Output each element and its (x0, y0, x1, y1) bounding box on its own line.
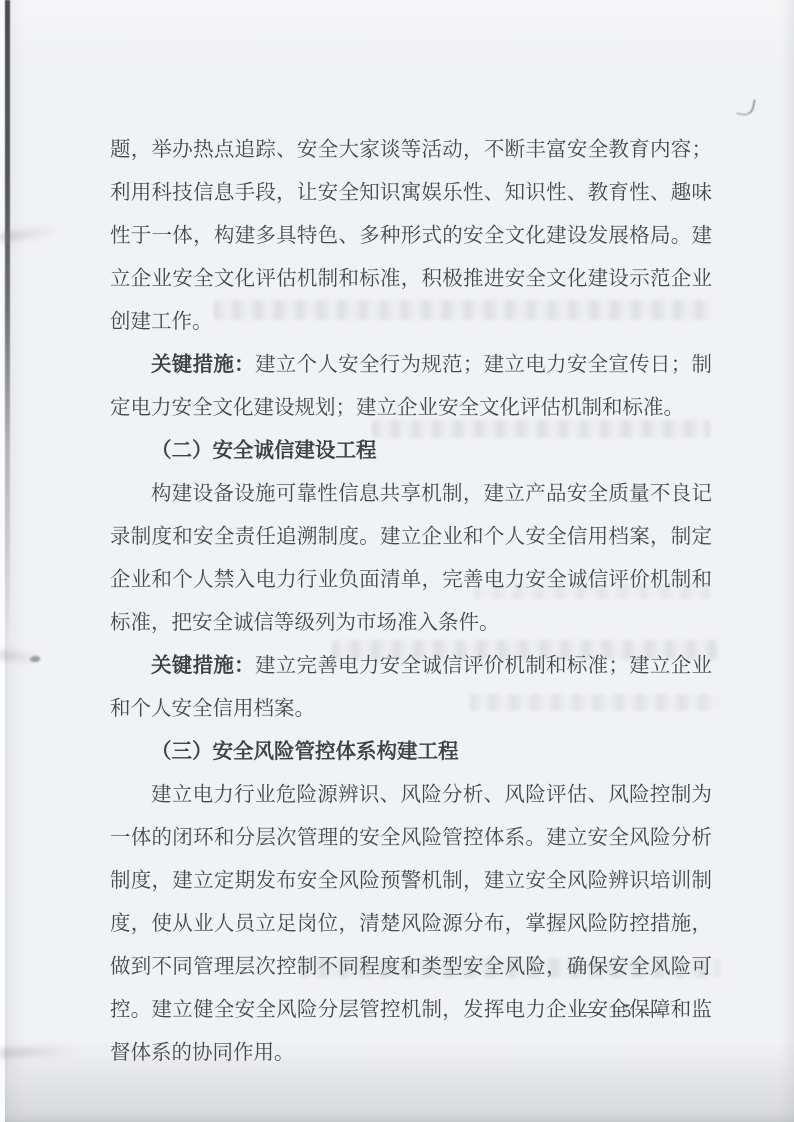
paragraph: 题，举办热点追踪、安全大家谈等活动，不断丰富安全教育内容；利用科技信息手段，让安… (110, 129, 712, 344)
section-heading: （二）安全诚信建设工程 (110, 430, 712, 473)
ink-smudge-mark (736, 97, 755, 118)
scanned-document-page: 题，举办热点追踪、安全大家谈等活动，不断丰富安全教育内容；利用科技信息手段，让安… (0, 0, 794, 1122)
document-body: 题，举办热点追踪、安全大家谈等活动，不断丰富安全教育内容；利用科技信息手段，让安… (110, 0, 712, 1075)
paper-fold-shadow (0, 223, 70, 243)
paragraph: 建立电力行业危险源辨识、风险分析、风险评估、风险控制为一体的闭环和分层次管理的安… (110, 774, 712, 1075)
paragraph: 构建设备设施可靠性信息共享机制，建立产品安全质量不良记录制度和安全责任追溯制度。… (110, 473, 712, 645)
paper-fold-shadow (0, 1044, 90, 1059)
paragraph: 关键措施：建立完善电力安全诚信评价机制和标准；建立企业和个人安全信用档案。 (110, 645, 712, 731)
page-number: — 15 — (580, 1001, 665, 1023)
paragraph: 关键措施：建立个人安全行为规范；建立电力安全宣传日；制定电力安全文化建设规划；建… (110, 344, 712, 430)
ink-speck (30, 656, 40, 662)
section-heading: （三）安全风险管控体系构建工程 (110, 731, 712, 774)
key-measures-label: 关键措施： (151, 354, 255, 376)
scan-crease-shadow (5, 0, 10, 640)
key-measures-label: 关键措施： (151, 655, 255, 677)
